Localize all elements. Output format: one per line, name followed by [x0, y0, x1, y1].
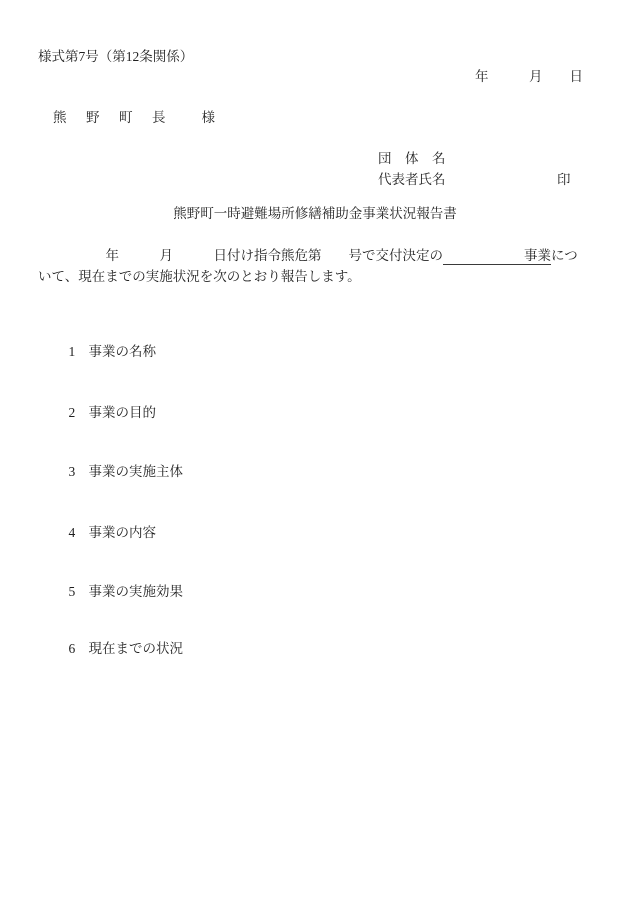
list-item-project-details: 4事業の内容 — [55, 512, 156, 553]
item-number: 2 — [69, 406, 89, 420]
item-number: 4 — [69, 526, 89, 540]
item-number: 3 — [69, 465, 89, 479]
body-line1-suffix: につ — [551, 248, 578, 263]
body-line1-prefix: 年 月 日付け指令熊危第 号で交付決定の — [38, 248, 443, 263]
item-label: 事業の名称 — [89, 344, 157, 359]
representative-name-label: 代表者氏名 — [378, 173, 446, 187]
list-item-project-purpose: 2事業の目的 — [55, 392, 156, 433]
item-label: 現在までの状況 — [89, 641, 184, 656]
item-label: 事業の内容 — [89, 525, 157, 540]
list-item-project-name: 1事業の名称 — [55, 331, 156, 372]
organization-name-label: 団 体 名 — [378, 152, 446, 166]
item-number: 5 — [69, 585, 89, 599]
document-page: 様式第7号（第12条関係） 年 月 日 熊 野 町 長 様 団 体 名 代表者氏… — [0, 0, 630, 903]
item-label: 事業の実施主体 — [89, 464, 184, 479]
body-paragraph: 年 月 日付け指令熊危第 号で交付決定の 事業について、現在までの実施状況を次の… — [38, 245, 604, 287]
list-item-current-status: 6現在までの状況 — [55, 628, 183, 669]
blank-underline-field — [443, 248, 524, 265]
addressee-line: 熊 野 町 長 様 — [53, 111, 218, 125]
underlined-business-word: 事業 — [524, 248, 551, 265]
list-item-implementation-effect: 5事業の実施効果 — [55, 571, 183, 612]
item-label: 事業の実施効果 — [89, 584, 184, 599]
item-number: 1 — [69, 345, 89, 359]
body-line2: いて、現在までの実施状況を次のとおり報告します。 — [38, 269, 361, 284]
form-number: 様式第7号（第12条関係） — [38, 50, 193, 64]
seal-label: 印 — [557, 173, 571, 187]
item-label: 事業の目的 — [89, 405, 157, 420]
item-number: 6 — [69, 642, 89, 656]
document-title: 熊野町一時避難場所修繕補助金事業状況報告書 — [0, 207, 630, 221]
list-item-implementing-body: 3事業の実施主体 — [55, 451, 183, 492]
date-line: 年 月 日 — [475, 70, 583, 84]
